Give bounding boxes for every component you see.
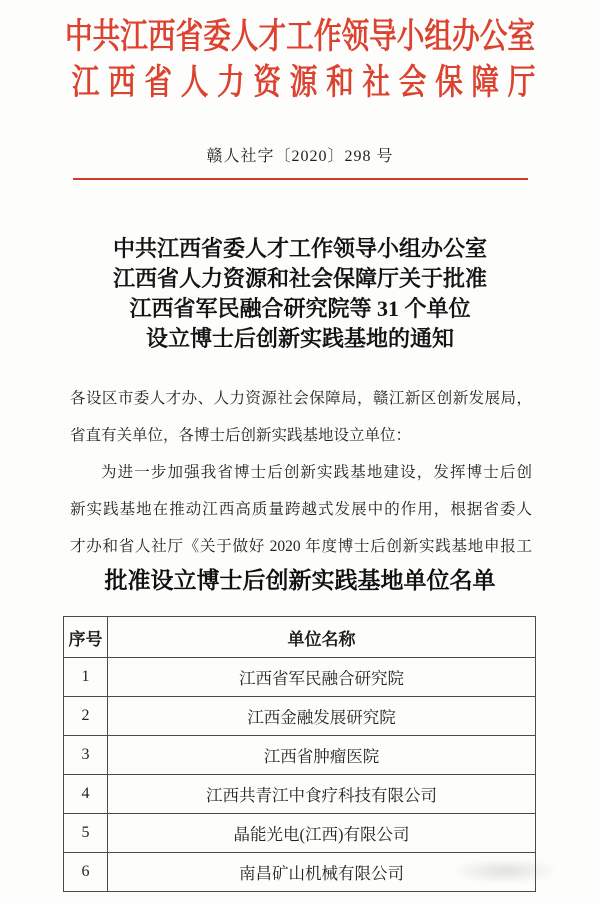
red-divider-rule <box>73 178 528 180</box>
column-header-unit-name: 单位名称 <box>108 617 536 658</box>
paragraph-line: 新实践基地在推动江西高质量跨越式发展中的作用，根据省委人 <box>70 491 532 528</box>
unit-name: 南昌矿山机械有限公司 <box>108 853 536 892</box>
row-number: 4 <box>64 775 108 814</box>
column-header-no: 序号 <box>64 617 108 658</box>
table-header-row: 序号 单位名称 <box>64 617 536 658</box>
title-line: 江西省军民融合研究院等 31 个单位 <box>0 294 600 324</box>
list-section-heading: 批准设立博士后创新实践基地单位名单 <box>0 567 600 595</box>
document-page: 中共江西省委人才工作领导小组办公室 江西省人力资源和社会保障厅 赣人社字〔202… <box>0 0 600 904</box>
letterhead-org-line2: 江西省人力资源和社会保障厅 <box>63 60 537 106</box>
row-number: 2 <box>64 697 108 736</box>
unit-name: 江西省军民融合研究院 <box>108 658 536 697</box>
unit-list-table: 序号 单位名称 1 江西省军民融合研究院 2 江西金融发展研究院 3 江西省肿瘤… <box>63 616 536 892</box>
document-body: 各设区市委人才办、人力资源社会保障局，赣江新区创新发展局， 省直有关单位，各博士… <box>70 380 532 565</box>
document-number: 赣人社字〔2020〕298 号 <box>0 146 600 168</box>
row-number: 3 <box>64 736 108 775</box>
table-row: 2 江西金融发展研究院 <box>64 697 536 736</box>
table-row: 4 江西共青江中食疗科技有限公司 <box>64 775 536 814</box>
table-row: 1 江西省军民融合研究院 <box>64 658 536 697</box>
letterhead-org-line1: 中共江西省委人才工作领导小组办公室 <box>63 14 537 60</box>
table-row: 6 南昌矿山机械有限公司 <box>64 853 536 892</box>
letterhead: 中共江西省委人才工作领导小组办公室 江西省人力资源和社会保障厅 <box>0 0 600 106</box>
unit-name: 晶能光电(江西)有限公司 <box>108 814 536 853</box>
row-number: 6 <box>64 853 108 892</box>
title-line: 设立博士后创新实践基地的通知 <box>0 324 600 354</box>
title-line: 中共江西省委人才工作领导小组办公室 <box>0 234 600 264</box>
title-line: 江西省人力资源和社会保障厅关于批准 <box>0 264 600 294</box>
unit-name: 江西省肿瘤医院 <box>108 736 536 775</box>
unit-name: 江西共青江中食疗科技有限公司 <box>108 775 536 814</box>
table-row: 3 江西省肿瘤医院 <box>64 736 536 775</box>
document-title: 中共江西省委人才工作领导小组办公室 江西省人力资源和社会保障厅关于批准 江西省军… <box>0 234 600 354</box>
paragraph-line: 才办和省人社厅《关于做好 2020 年度博士后创新实践基地申报工 <box>70 528 532 565</box>
row-number: 1 <box>64 658 108 697</box>
table-row: 5 晶能光电(江西)有限公司 <box>64 814 536 853</box>
salutation-line: 各设区市委人才办、人力资源社会保障局，赣江新区创新发展局， <box>70 380 532 417</box>
paragraph-line: 为进一步加强我省博士后创新实践基地建设，发挥博士后创 <box>70 454 532 491</box>
unit-name: 江西金融发展研究院 <box>108 697 536 736</box>
salutation-line: 省直有关单位，各博士后创新实践基地设立单位： <box>70 417 532 454</box>
row-number: 5 <box>64 814 108 853</box>
